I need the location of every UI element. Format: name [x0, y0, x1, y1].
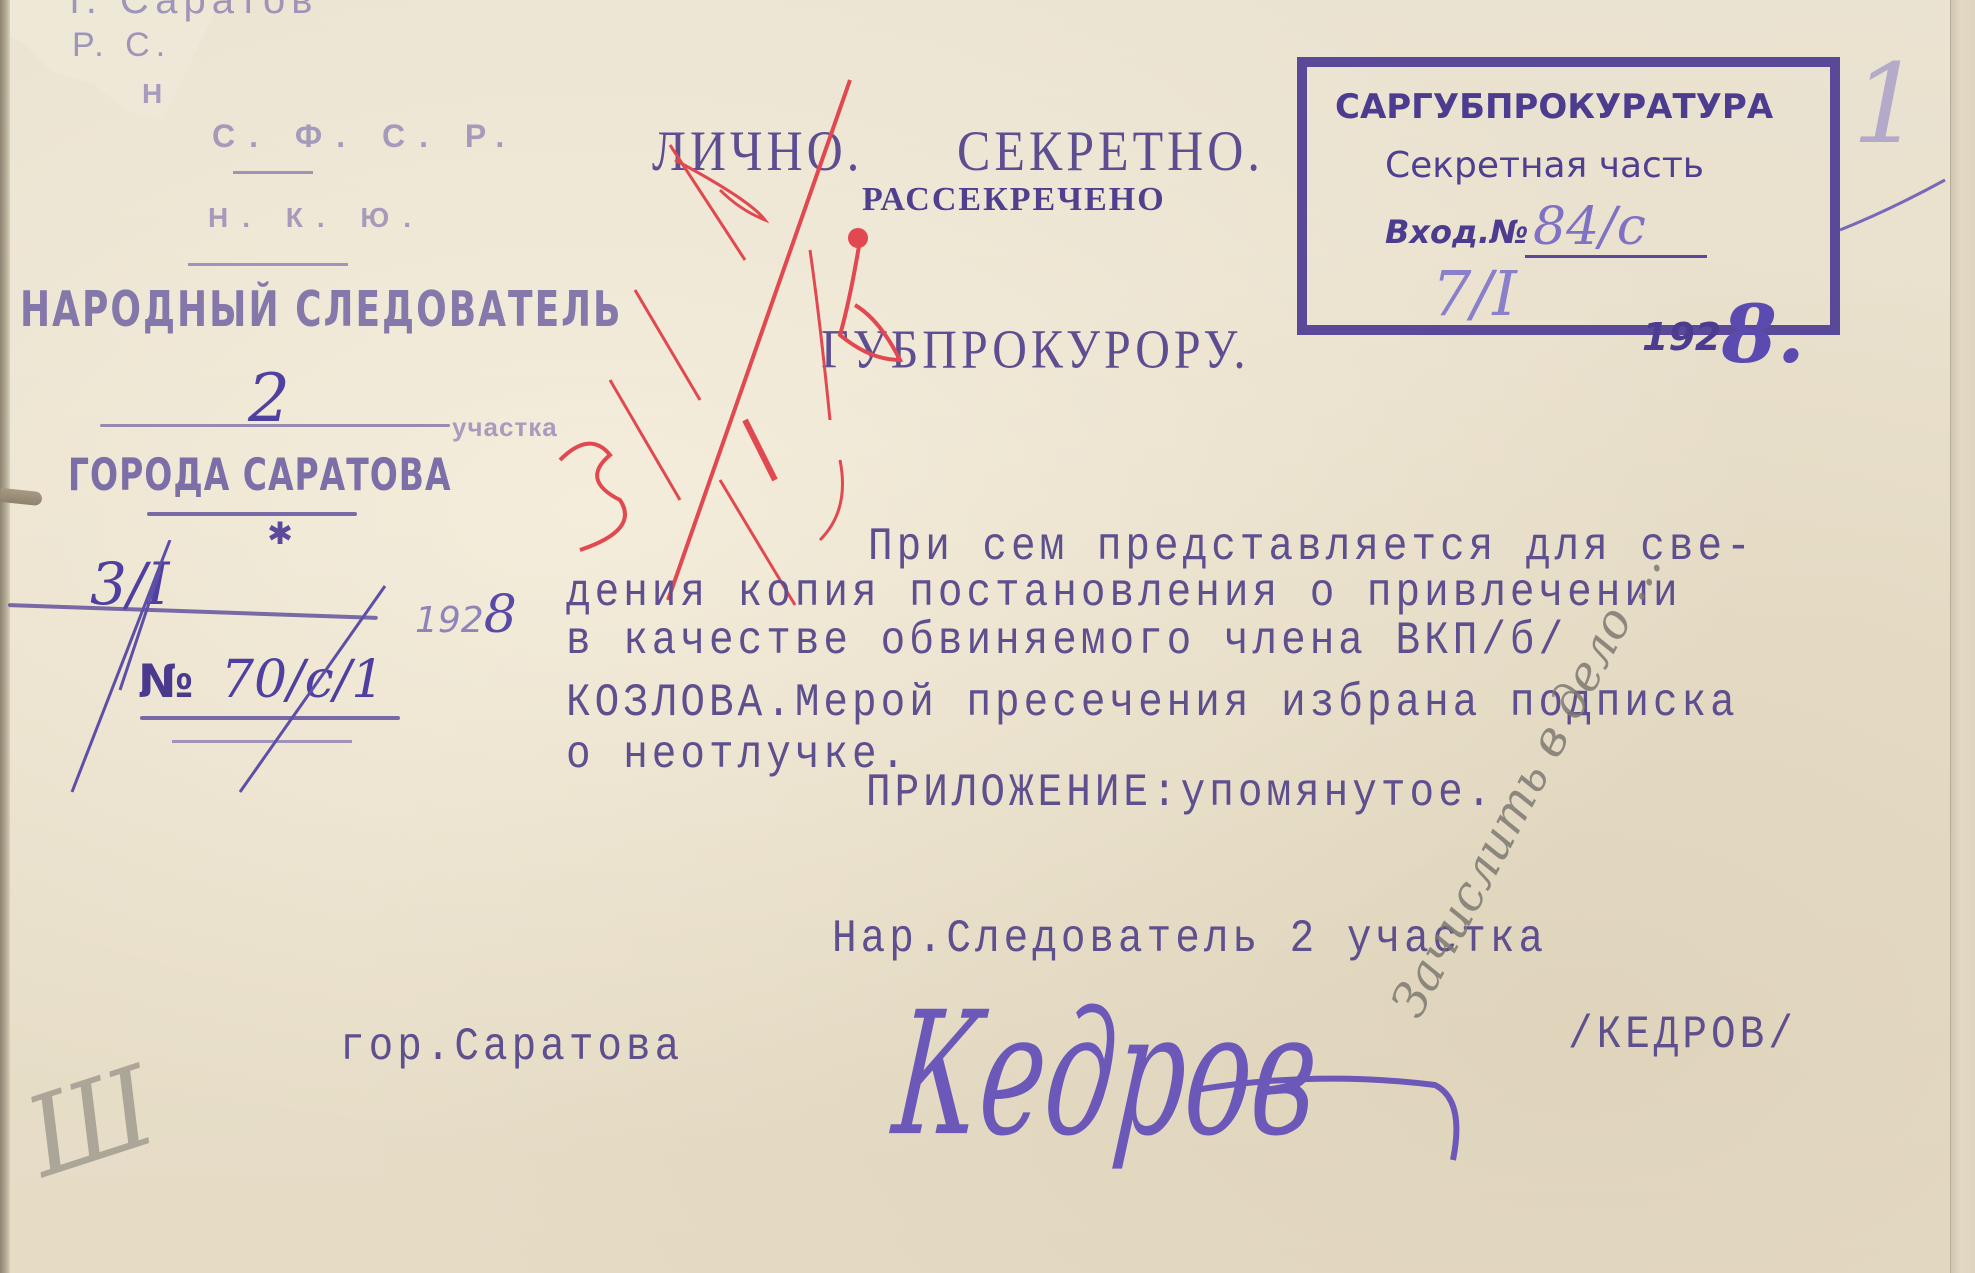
registration-date-line	[1325, 327, 1625, 333]
registration-stamp: САРГУБПРОКУРАТУРА Секретная часть Вход.№…	[1297, 57, 1840, 335]
registration-stamp-department: Секретная часть	[1385, 145, 1704, 186]
registration-year-handwritten: 8.	[1721, 287, 1805, 381]
corner-stamp-rsfsr: С. Ф. С. Р.	[212, 118, 518, 155]
corner-stamp-rs: Р. С.	[72, 26, 171, 65]
incoming-number-line	[1525, 255, 1707, 258]
signatory-name: /КЕДРОВ/	[1568, 1010, 1797, 1062]
signatory-city: гор.Саратова	[340, 1022, 683, 1074]
attachment-line: ПРИЛОЖЕНИЕ:упомянутое.	[866, 768, 1495, 820]
corner-stamp-slashes	[0, 540, 420, 800]
document-page: г. Саратов Р. С. Н С. Ф. С. Р. Н. К. Ю. …	[0, 0, 1975, 1273]
corner-stamp-city-name: ГОРОДА САРАТОВА	[68, 448, 451, 501]
top-right-pencil-stroke	[1840, 120, 1950, 240]
signature-flourish	[1195, 1060, 1465, 1170]
incoming-number-value: 84/с	[1533, 197, 1646, 257]
registration-year-printed: 192	[1642, 315, 1721, 359]
corner-stamp-year-printed: 192	[415, 600, 484, 641]
registration-date-handwritten: 7/I	[1432, 257, 1517, 330]
corner-stamp-year-handwritten: 8	[484, 585, 517, 645]
registration-stamp-org: САРГУБПРОКУРАТУРА	[1335, 87, 1773, 127]
corner-stamp-rule-1	[233, 171, 313, 174]
body-line-5: о неотлучке.	[566, 730, 909, 782]
incoming-number-label: Вход.№	[1385, 213, 1529, 251]
corner-stamp-year: 1928	[415, 585, 517, 645]
body-line-2: дения копия постановления о привлечении	[566, 568, 1682, 620]
section-number-rule	[100, 424, 450, 427]
adjacent-page-edge	[1950, 0, 1975, 1273]
corner-stamp-nkyu: Н. К. Ю.	[208, 202, 425, 234]
header-secret: СЕКРЕТНО.	[957, 117, 1264, 184]
corner-stamp-n: Н	[142, 78, 168, 110]
pencil-bottom-left-mark: Ш	[11, 1042, 170, 1203]
city-underline	[147, 512, 357, 516]
body-line-3: в качестве обвиняемого члена ВКП/б/	[566, 616, 1567, 668]
corner-stamp-city: г. Саратов	[70, 0, 319, 23]
corner-stamp-rule-2	[188, 263, 348, 266]
registration-year: 1928.	[1642, 275, 1805, 369]
